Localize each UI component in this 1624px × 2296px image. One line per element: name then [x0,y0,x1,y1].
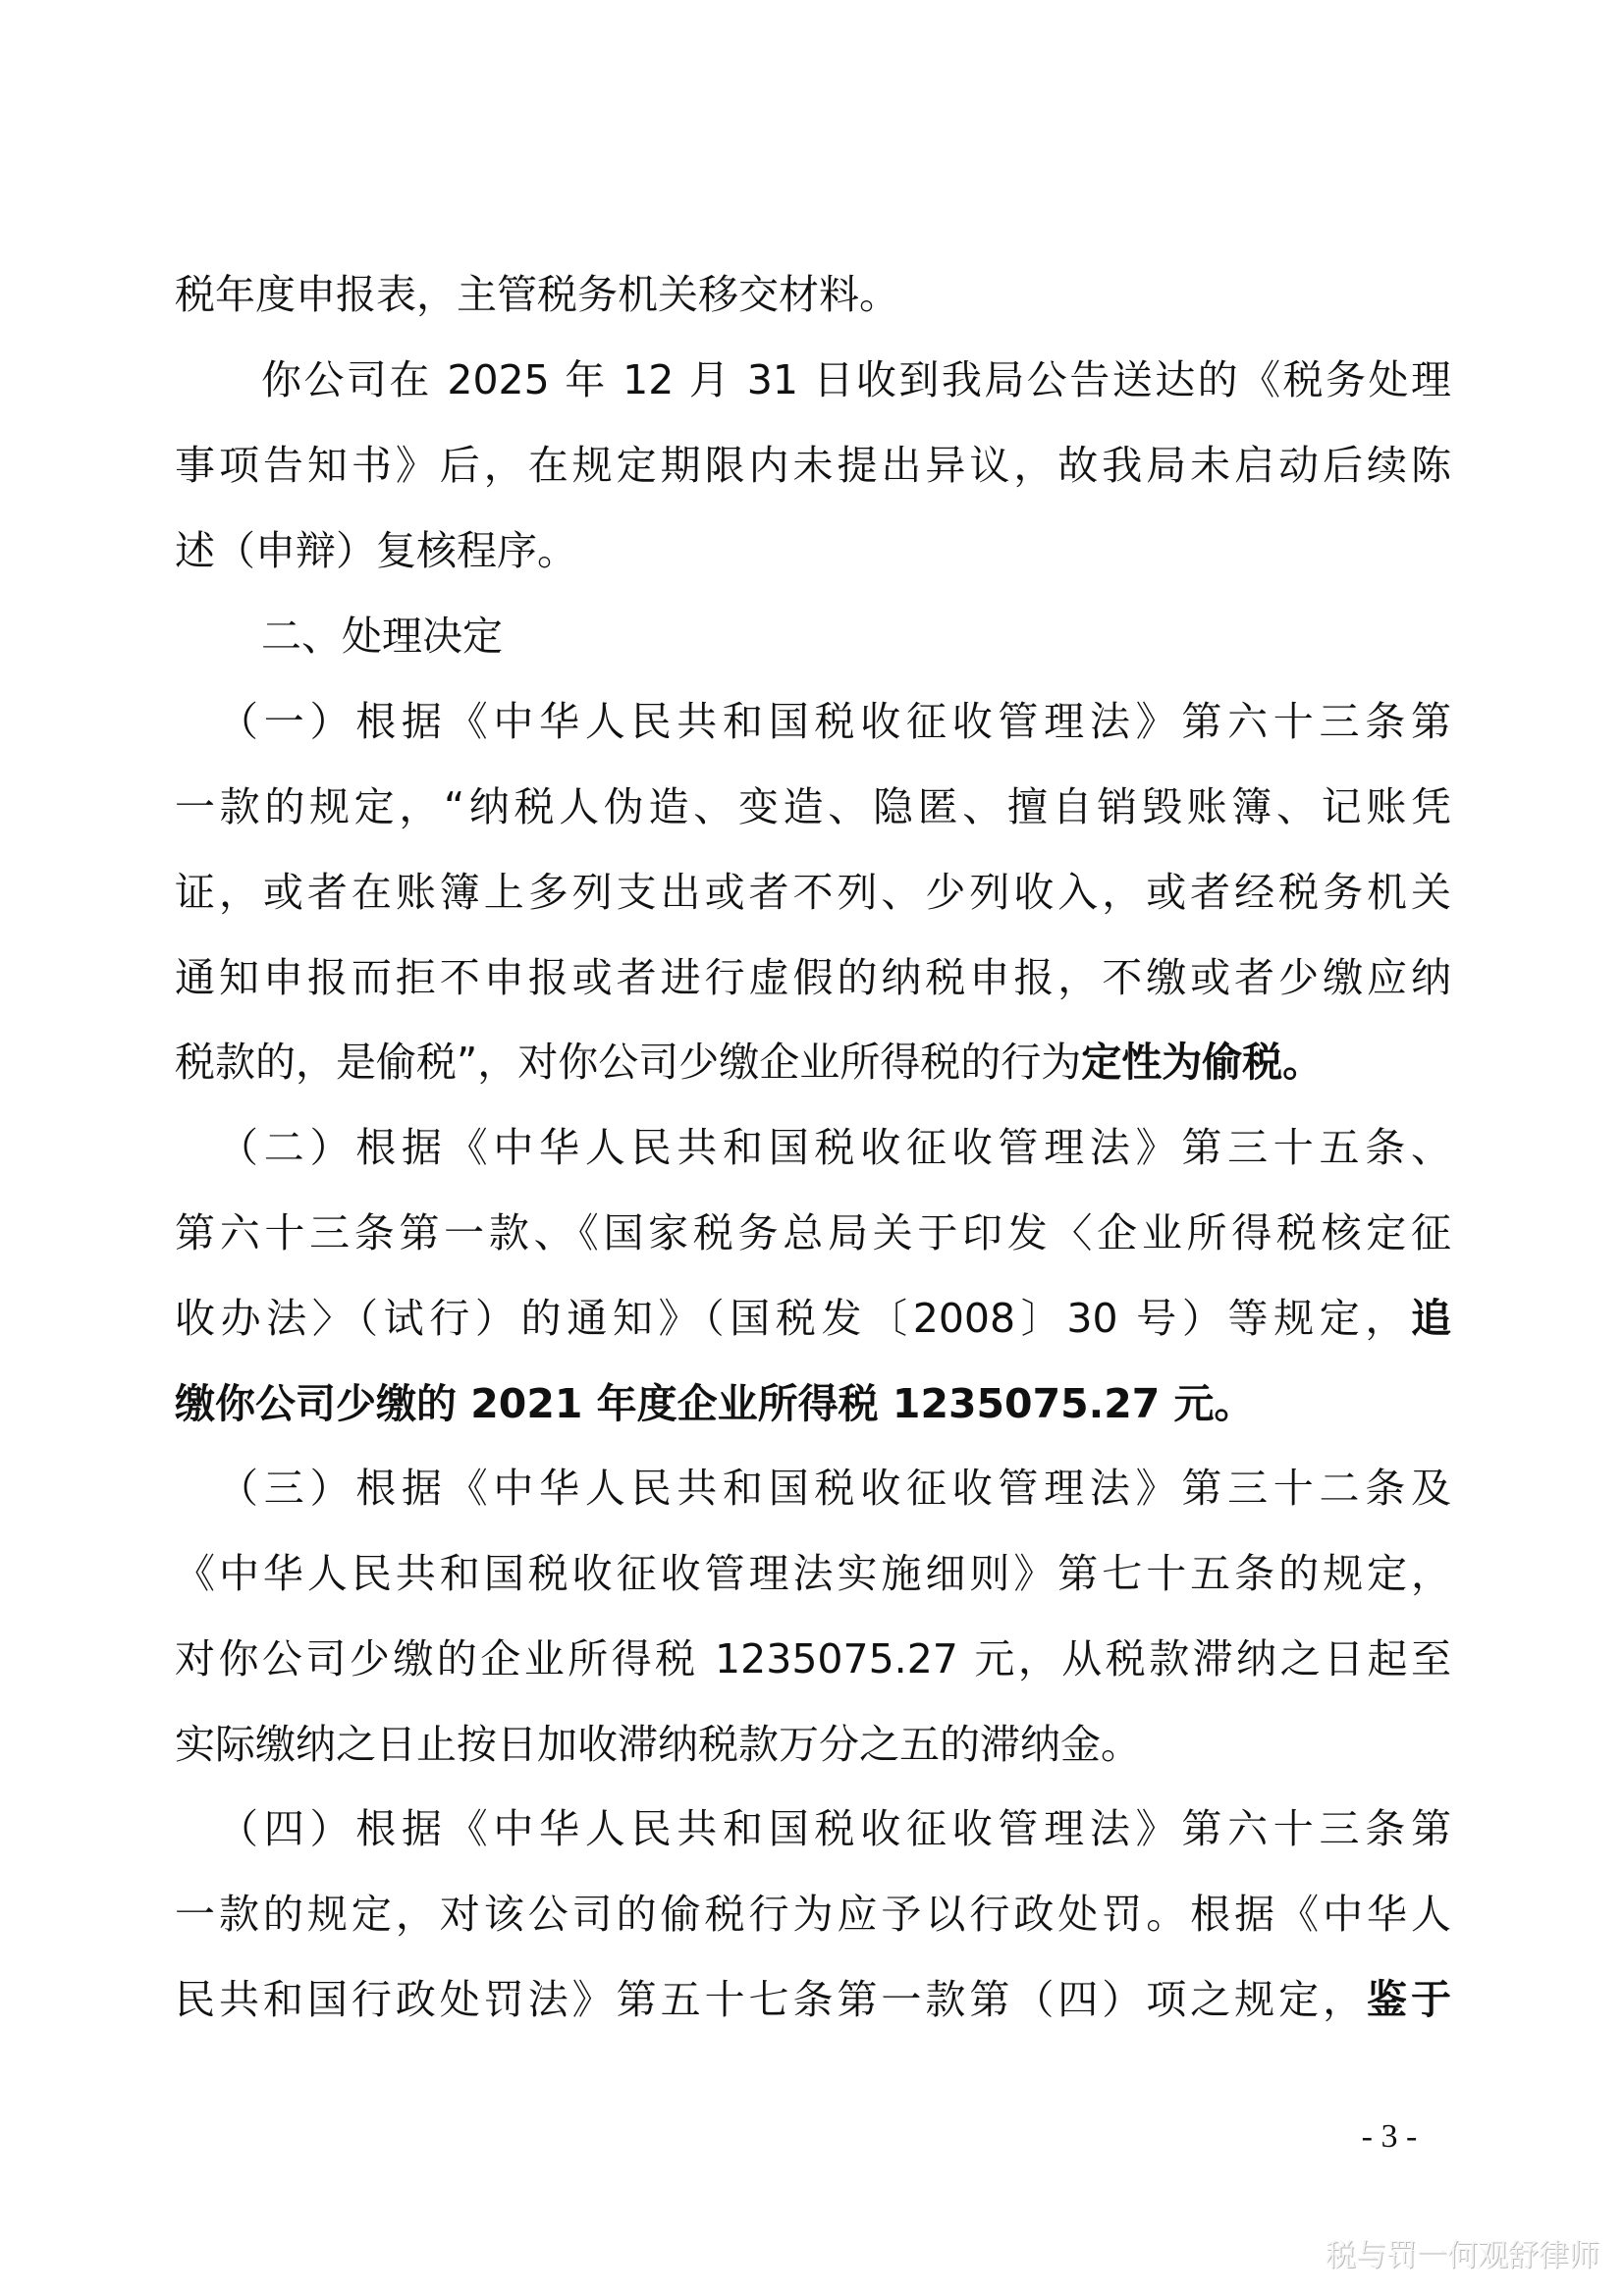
text-segment: 民共和国行政处罚法》第五十七条第一款第（四）项之规定， [175,1976,1367,2023]
text-segment: 对你公司少缴的企业所得税 1235075.27 元，从税款滞纳之日起至 [175,1635,1451,1682]
paragraph-line: 一款的规定，对该公司的偷税行为应予以行政处罚。根据《中华人 [175,1889,1451,1940]
paragraph-line: 税年度申报表，主管税务机关移交材料。 [175,269,1451,320]
paragraph-line: 《中华人民共和国税收征收管理法实施细则》第七十五条的规定， [175,1548,1451,1599]
text-segment: 事项告知书》后，在规定期限内未提出异议，故我局未启动后续陈 [175,442,1451,489]
text-segment: （三）根据《中华人民共和国税收征收管理法》第三十二条及 [218,1465,1451,1512]
text-segment: 第六十三条第一款、《国家税务总局关于印发〈企业所得税核定征 [175,1209,1451,1256]
paragraph-line: 税款的，是偷税”，对你公司少缴企业所得税的行为定性为偷税。 [175,1037,1451,1088]
text-segment: 税款的，是偷税”，对你公司少缴企业所得税的行为 [175,1039,1081,1086]
text-segment: 税年度申报表，主管税务机关移交材料。 [175,271,899,318]
text-segment: 收办法〉（试行）的通知》（国税发〔2008〕30 号）等规定， [175,1295,1411,1342]
paragraph-line: 收办法〉（试行）的通知》（国税发〔2008〕30 号）等规定，追 [175,1293,1451,1344]
paragraph-line: 第六十三条第一款、《国家税务总局关于印发〈企业所得税核定征 [175,1207,1451,1258]
emphasis-text: 定性为偷税。 [1081,1039,1323,1086]
paragraph-line: 述（申辩）复核程序。 [175,525,1451,576]
paragraph-line: 缴你公司少缴的 2021 年度企业所得税 1235075.27 元。 [175,1378,1451,1429]
paragraph-line: （三）根据《中华人民共和国税收征收管理法》第三十二条及 [218,1463,1451,1514]
text-segment: （二）根据《中华人民共和国税收征收管理法》第三十五条、 [218,1124,1451,1171]
watermark-text: 税与罚一何观舒律师 [1326,2236,1612,2275]
paragraph-line: 你公司在 2025 年 12 月 31 日收到我局公告送达的《税务处理 [261,354,1451,405]
emphasis-text: 鉴于 [1367,1976,1451,2023]
text-segment: 证，或者在账簿上多列支出或者不列、少列收入，或者经税务机关 [175,869,1451,916]
emphasis-text: 追 [1411,1295,1451,1342]
text-segment: 一款的规定，“纳税人伪造、变造、隐匿、擅自销毁账簿、记账凭 [175,783,1451,830]
paragraph-line: 民共和国行政处罚法》第五十七条第一款第（四）项之规定，鉴于 [175,1974,1451,2025]
paragraph-line: （二）根据《中华人民共和国税收征收管理法》第三十五条、 [218,1122,1451,1173]
paragraph-line: （一）根据《中华人民共和国税收征收管理法》第六十三条第 [218,696,1451,747]
paragraph-line: 对你公司少缴的企业所得税 1235075.27 元，从税款滞纳之日起至 [175,1633,1451,1684]
text-segment: （四）根据《中华人民共和国税收征收管理法》第六十三条第 [218,1805,1451,1852]
text-segment: 述（申辩）复核程序。 [175,527,577,574]
text-segment: 《中华人民共和国税收征收管理法实施细则》第七十五条的规定， [175,1550,1451,1597]
section-heading-text: 二、处理决定 [261,613,503,660]
page-number: - 3 - [1345,2118,1434,2156]
paragraph-line: （四）根据《中华人民共和国税收征收管理法》第六十三条第 [218,1803,1451,1854]
paragraph-line: 通知申报而拒不申报或者进行虚假的纳税申报，不缴或者少缴应纳 [175,952,1451,1003]
paragraph-line: 一款的规定，“纳税人伪造、变造、隐匿、擅自销毁账簿、记账凭 [175,781,1451,832]
text-segment: 实际缴纳之日止按日加收滞纳税款万分之五的滞纳金。 [175,1721,1141,1768]
paragraph-line: 实际缴纳之日止按日加收滞纳税款万分之五的滞纳金。 [175,1719,1451,1770]
text-segment: 通知申报而拒不申报或者进行虚假的纳税申报，不缴或者少缴应纳 [175,954,1451,1001]
emphasis-text: 缴你公司少缴的 2021 年度企业所得税 1235075.27 元。 [175,1380,1255,1427]
paragraph-line: 事项告知书》后，在规定期限内未提出异议，故我局未启动后续陈 [175,440,1451,491]
text-segment: 你公司在 2025 年 12 月 31 日收到我局公告送达的《税务处理 [261,356,1451,403]
document-page: 税年度申报表，主管税务机关移交材料。 你公司在 2025 年 12 月 31 日… [0,0,1624,2296]
section-heading: 二、处理决定 [261,611,1451,662]
text-segment: （一）根据《中华人民共和国税收征收管理法》第六十三条第 [218,698,1451,745]
text-segment: 一款的规定，对该公司的偷税行为应予以行政处罚。根据《中华人 [175,1891,1451,1938]
paragraph-line: 证，或者在账簿上多列支出或者不列、少列收入，或者经税务机关 [175,867,1451,918]
